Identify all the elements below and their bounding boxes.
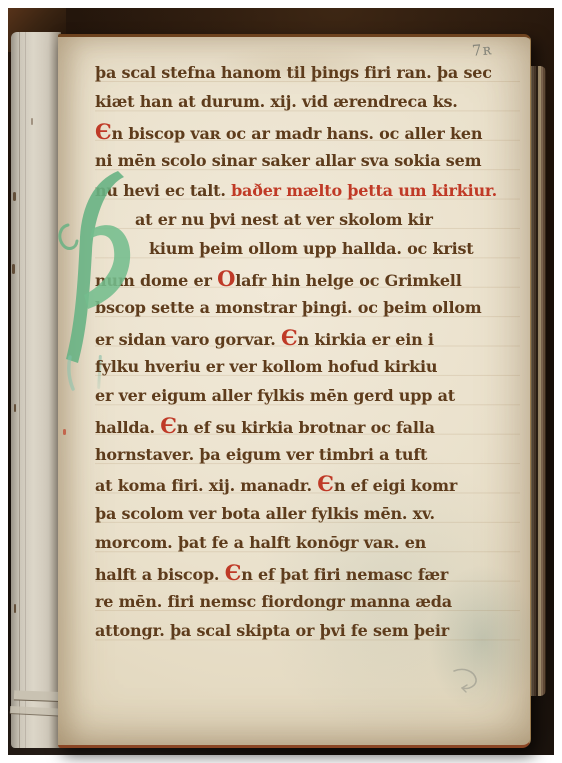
manuscript-text: re mēn. firi nemsc fiordongr manna æda <box>95 592 452 611</box>
text-line: at er nu þvi nest at ver skolom kir <box>95 205 520 234</box>
text-line: kiæt han at durum. xij. vid ærendreca ks… <box>95 87 520 116</box>
manuscript-text: morcom. þat fe a halft konōgr vaʀ. en <box>95 533 426 552</box>
text-line: hornstaver. þa eigum ver timbri a tuft <box>95 440 520 469</box>
manuscript-text: attongr. þa scal skipta or þvi fe sem þe… <box>95 621 449 640</box>
previous-page-edge <box>11 32 61 748</box>
manuscript-text: hallda. <box>95 418 160 437</box>
text-line: bscop sette a monstrar þingi. oc þeim ol… <box>95 293 520 322</box>
text-line: er ver eigum aller fylkis mēn gerd upp a… <box>95 381 520 410</box>
illuminated-initial-thorn <box>58 169 134 391</box>
page-crease <box>19 32 20 748</box>
manuscript-text: halft a biscop. <box>95 565 225 584</box>
ink-speck <box>14 404 16 412</box>
text-line: num dome er Olafr hin helge oc Grimkell <box>95 264 520 293</box>
manuscript-text: kiæt han at durum. xij. vid ærendreca ks… <box>95 92 458 111</box>
manuscript-text: n ef þat firi nemasc fær <box>241 565 448 584</box>
manuscript-text: fylku hveriu er ver kollom hofud kirkiu <box>95 357 437 376</box>
page-crease <box>25 32 26 748</box>
manuscript-text: er ver eigum aller fylkis mēn gerd upp a… <box>95 386 455 405</box>
ink-speck <box>12 264 15 274</box>
manuscript-text: n ef eigi komr <box>334 476 457 495</box>
text-block: þa scal stefna hanom til þings firi ran.… <box>95 58 520 646</box>
text-line: kium þeim ollom upp hallda. oc krist <box>95 234 520 263</box>
text-line: re mēn. firi nemsc fiordongr manna æda <box>95 587 520 616</box>
rubric-initial: Є <box>160 413 177 438</box>
text-line: morcom. þat fe a halft konōgr vaʀ. en <box>95 528 520 557</box>
rubric-initial: Є <box>317 471 334 496</box>
rubric-initial: Є <box>95 119 112 144</box>
text-line: hallda. Єn ef su kirkia brotnar oc falla <box>95 411 520 440</box>
manuscript-photo: þa scal stefna hanom til þings firi ran.… <box>0 0 562 763</box>
manuscript-text: at er nu þvi nest at ver skolom kir <box>135 210 433 229</box>
manuscript-text: þa scolom ver bota aller fylkis mēn. xv. <box>95 504 435 523</box>
manuscript-text: bscop sette a monstrar þingi. oc þeim ol… <box>95 298 482 317</box>
rubric-initial: Є <box>281 325 298 350</box>
manuscript-page: þa scal stefna hanom til þings firi ran.… <box>58 34 531 748</box>
margin-red-dot <box>63 429 66 435</box>
ink-speck <box>13 192 16 201</box>
manuscript-text: þa scal stefna hanom til þings firi ran.… <box>95 63 492 82</box>
text-line: attongr. þa scal skipta or þvi fe sem þe… <box>95 616 520 645</box>
rubric-text: baðer mælto þetta um kirkiur. <box>231 181 497 200</box>
text-line: er sidan varo gorvar. Єn kirkia er ein i <box>95 323 520 352</box>
manuscript-text: kium þeim ollom upp hallda. oc krist <box>149 239 473 258</box>
text-line: halft a biscop. Єn ef þat firi nemasc fæ… <box>95 558 520 587</box>
text-line: Єn biscop vaʀ oc ar madr hans. oc aller … <box>95 117 520 146</box>
manuscript-text: ni mēn scolo sinar saker allar sva sokia… <box>95 151 481 170</box>
photo-background: þa scal stefna hanom til þings firi ran.… <box>8 8 554 755</box>
text-line: ni mēn scolo sinar saker allar sva sokia… <box>95 146 520 175</box>
ink-speck <box>31 118 33 125</box>
text-line: nu hevi ec talt. baðer mælto þetta um ki… <box>95 176 520 205</box>
manuscript-text: n biscop vaʀ oc ar madr hans. oc aller k… <box>112 124 483 143</box>
ink-speck <box>14 604 16 613</box>
manuscript-text: n ef su kirkia brotnar oc falla <box>177 418 435 437</box>
text-line: þa scolom ver bota aller fylkis mēn. xv. <box>95 499 520 528</box>
manuscript-text: hornstaver. þa eigum ver timbri a tuft <box>95 445 427 464</box>
text-line: fylku hveriu er ver kollom hofud kirkiu <box>95 352 520 381</box>
manuscript-text: at koma firi. xij. manadr. <box>95 476 317 495</box>
rubric-initial: O <box>217 266 235 291</box>
rubric-initial: Є <box>225 560 242 585</box>
folio-number: 7ʀ <box>471 40 493 60</box>
manuscript-text: n kirkia er ein i <box>298 330 434 349</box>
text-line: at koma firi. xij. manadr. Єn ef eigi ko… <box>95 469 520 498</box>
text-line: þa scal stefna hanom til þings firi ran.… <box>95 58 520 87</box>
manuscript-text: lafr hin helge oc Grimkell <box>235 271 461 290</box>
pencil-mark <box>450 665 484 693</box>
